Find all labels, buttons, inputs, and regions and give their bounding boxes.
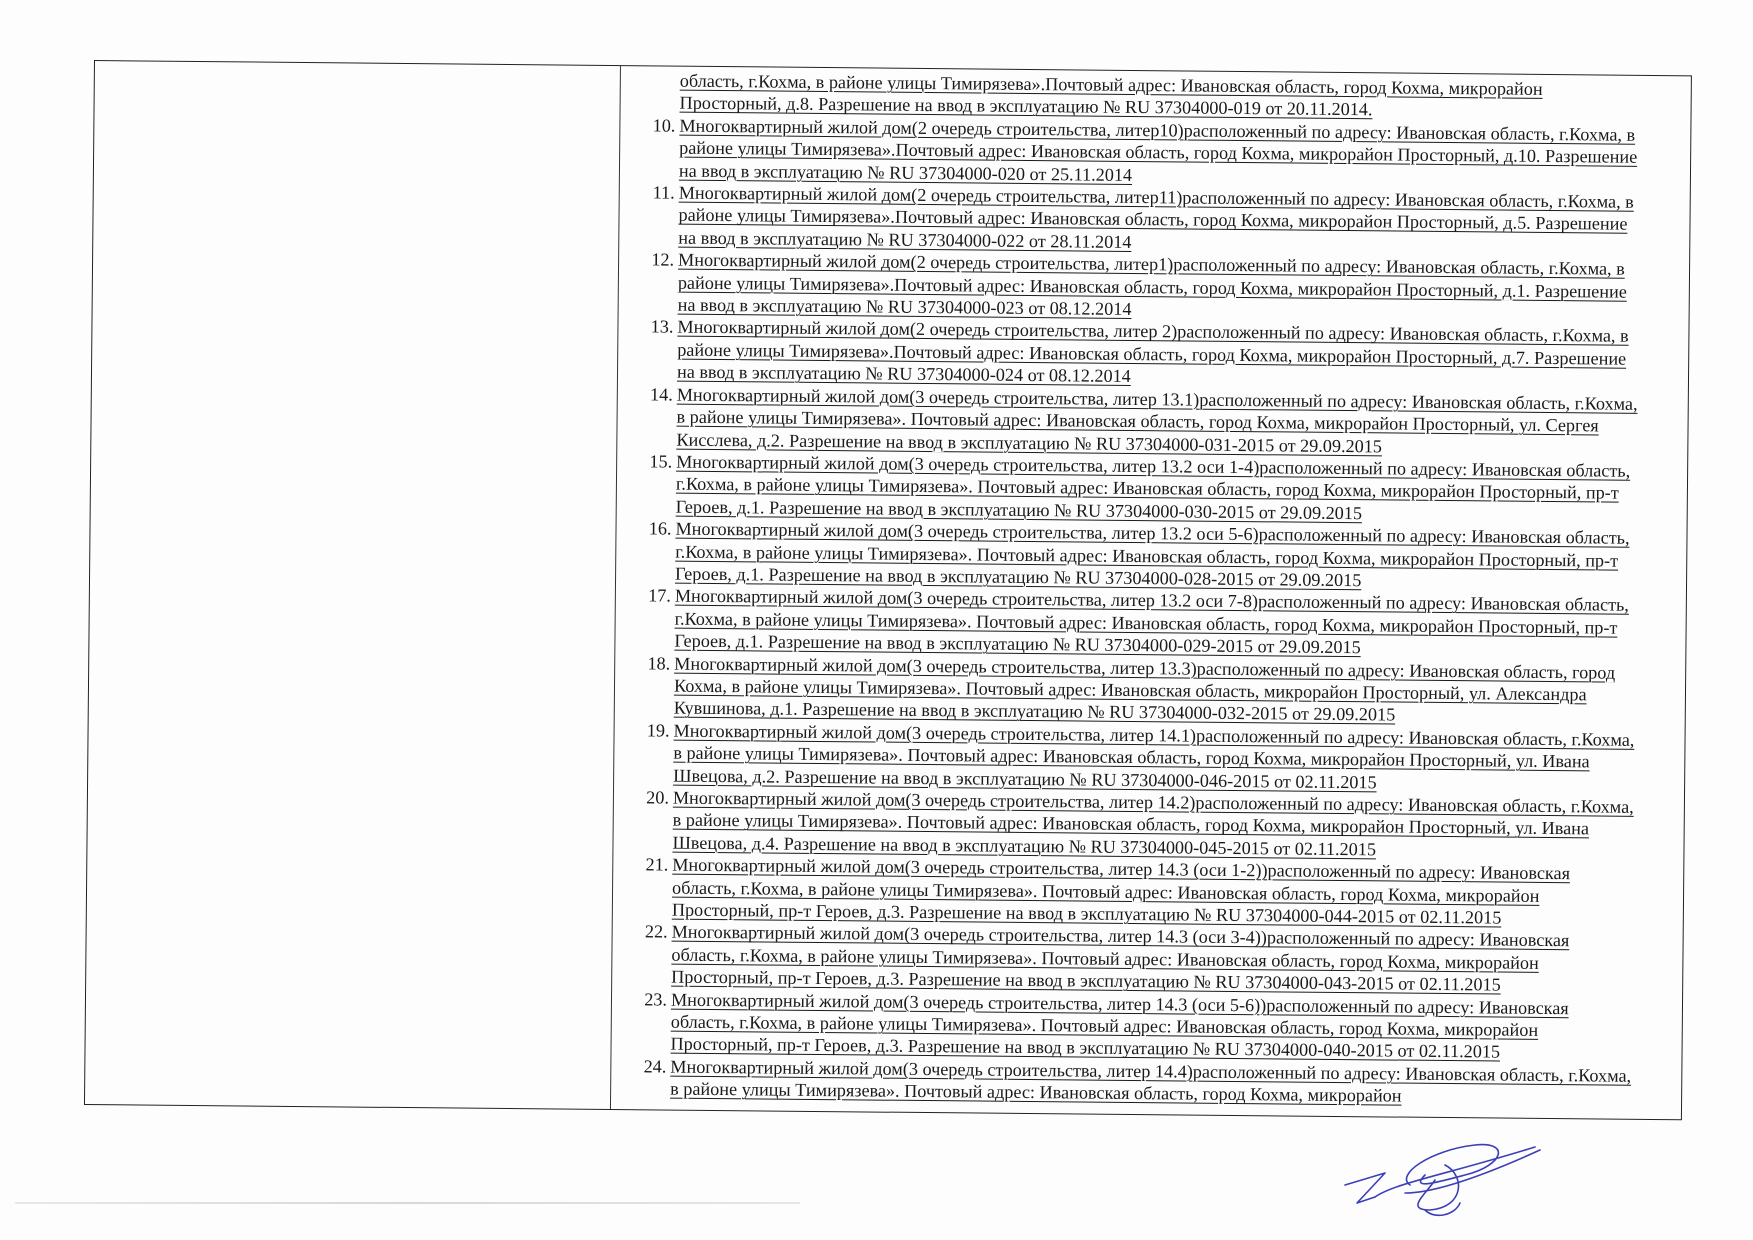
- list-item-text: Многоквартирный жилой дом(3 очередь стро…: [670, 989, 1568, 1062]
- list-item-number: 10.: [619, 114, 675, 137]
- list-item: 14.Многоквартирный жилой дом(3 очередь с…: [616, 383, 1688, 460]
- continuation-text: область, г.Кохма, в районе улицы Тимиряз…: [680, 71, 1543, 120]
- list-item-number: 24.: [610, 1055, 666, 1078]
- list-item-text: Многоквартирный жилой дом(3 очередь стро…: [672, 788, 1633, 860]
- list-item: 15.Многоквартирный жилой дом(3 очередь с…: [616, 450, 1688, 527]
- table-left-cell-empty: [85, 61, 621, 1109]
- list-item-number: 23.: [611, 988, 667, 1011]
- list-item: 13.Многоквартирный жилой дом(2 очередь с…: [617, 316, 1689, 393]
- list-item-text: Многоквартирный жилой дом(3 очередь стро…: [670, 1056, 1631, 1105]
- list-item-number: 13.: [617, 316, 673, 339]
- list-item-text: Многоквартирный жилой дом(2 очередь стро…: [678, 183, 1634, 252]
- list-item-number: 17.: [615, 584, 671, 607]
- list-item-number: 12.: [618, 248, 674, 271]
- list-item-text: Многоквартирный жилой дом(2 очередь стро…: [677, 317, 1629, 386]
- list-item-text: Многоквартирный жилой дом(3 очередь стро…: [674, 586, 1629, 657]
- list-item: 19.Многоквартирный жилой дом(3 очередь с…: [613, 719, 1685, 796]
- list-item-text: Многоквартирный жилой дом(3 очередь стро…: [676, 384, 1637, 456]
- list-item-number: 15.: [616, 450, 672, 473]
- list-item: 17.Многоквартирный жилой дом(3 очередь с…: [614, 584, 1686, 661]
- handwritten-signature-icon: [1335, 1135, 1550, 1225]
- list-item-text: Многоквартирный жилой дом(3 очередь стро…: [674, 653, 1616, 725]
- list-item: 18.Многоквартирный жилой дом(3 очередь с…: [614, 652, 1686, 729]
- list-item: 22.Многоквартирный жилой дом(3 очередь с…: [611, 920, 1683, 997]
- list-item-number: 19.: [613, 719, 669, 742]
- list-item-number: 14.: [617, 383, 673, 406]
- list-item-number: 16.: [615, 517, 671, 540]
- list-item: 24.Многоквартирный жилой дом(3 очередь с…: [610, 1055, 1681, 1110]
- scan-artifact-line: [15, 1202, 800, 1204]
- list-item: 12.Многоквартирный жилой дом(2 очередь с…: [618, 248, 1690, 325]
- list-item-number: 18.: [614, 652, 670, 675]
- list-item-text: Многоквартирный жилой дом(3 очередь стро…: [672, 855, 1570, 928]
- list-item-number: 20.: [613, 786, 669, 809]
- list-item-number: 22.: [612, 920, 668, 943]
- scanned-page: область, г.Кохма, в районе улицы Тимиряз…: [0, 0, 1753, 1240]
- list-item: 21.Многоквартирный жилой дом(3 очередь с…: [612, 853, 1684, 930]
- list-item-text: Многоквартирный жилой дом(3 очередь стро…: [671, 922, 1569, 995]
- list-item-text: Многоквартирный жилой дом(3 очередь стро…: [673, 720, 1634, 792]
- list-item-text: Многоквартирный жилой дом(2 очередь стро…: [679, 115, 1637, 184]
- list-item-text: Многоквартирный жилой дом(3 очередь стро…: [676, 452, 1631, 523]
- list-item-number: 11.: [619, 181, 675, 204]
- housing-permit-list: область, г.Кохма, в районе улицы Тимиряз…: [610, 69, 1691, 1110]
- table-right-cell: область, г.Кохма, в районе улицы Тимиряз…: [610, 66, 1691, 1119]
- list-item: 23.Многоквартирный жилой дом(3 очередь с…: [610, 988, 1682, 1065]
- list-item: 16.Многоквартирный жилой дом(3 очередь с…: [615, 517, 1687, 594]
- list-item-text: Многоквартирный жилой дом(3 очередь стро…: [675, 519, 1630, 590]
- list-item-text: Многоквартирный жилой дом(2 очередь стро…: [678, 250, 1627, 319]
- list-item: 11.Многоквартирный жилой дом(2 очередь с…: [618, 181, 1690, 258]
- list-item: 10.Многоквартирный жилой дом(2 очередь с…: [619, 114, 1691, 191]
- document-table: область, г.Кохма, в районе улицы Тимиряз…: [84, 60, 1692, 1120]
- list-item: 20.Многоквартирный жилой дом(3 очередь с…: [612, 786, 1684, 863]
- list-item-number: 21.: [612, 853, 668, 876]
